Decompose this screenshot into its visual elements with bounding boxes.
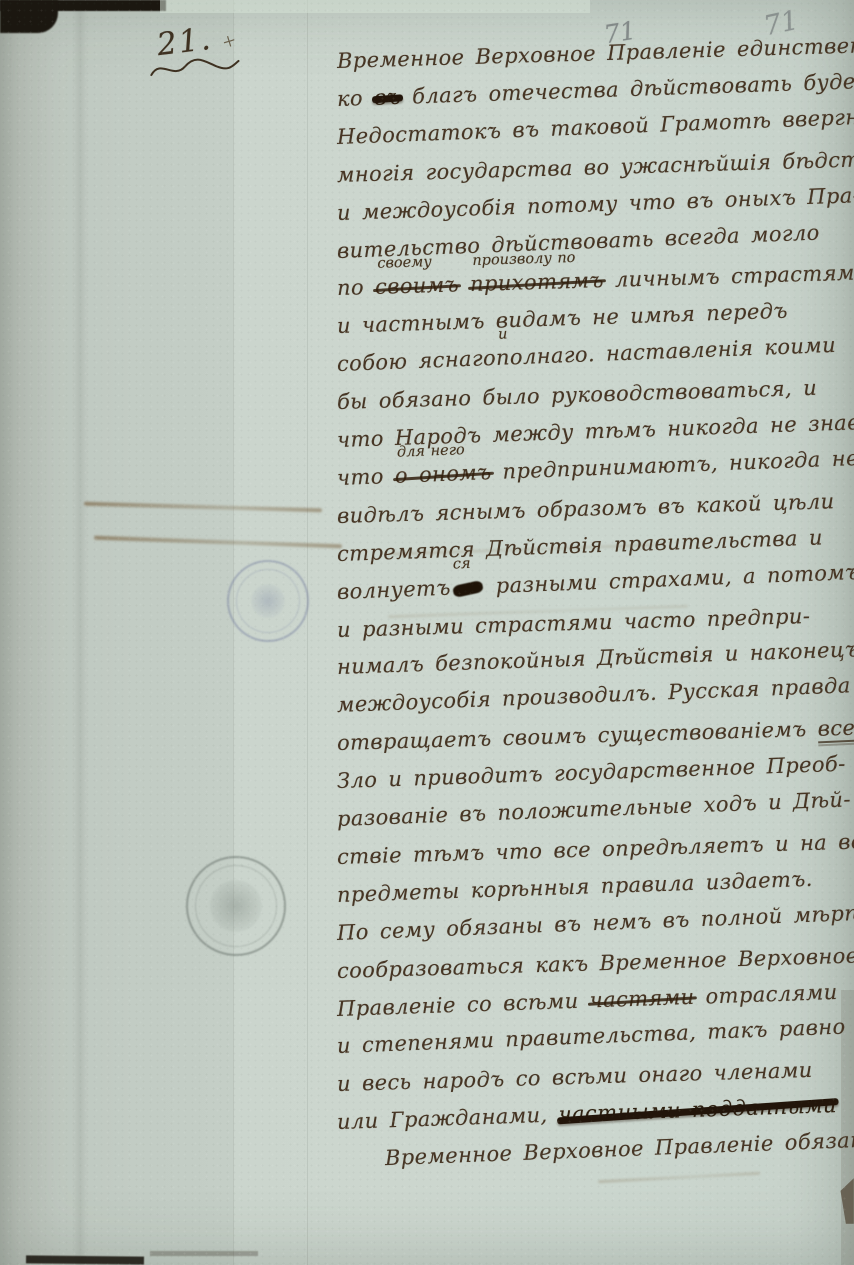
manuscript-page: 21. × 71 71 Временное Верховное Правлені…: [0, 0, 854, 1265]
scan-edge-bottom: [150, 1251, 258, 1256]
manuscript-text-segment: благъ отечества дѣйствовать будетъ.: [401, 68, 854, 109]
interlinear-insertion: своему: [377, 256, 432, 272]
scan-edge-bottom: [26, 1255, 144, 1264]
manuscript-line: что для негоо ономъ предпринимаютъ, нико…: [336, 443, 849, 493]
manuscript-text-segment: своимъ: [375, 270, 460, 302]
vertical-crease: [307, 0, 308, 1265]
manuscript-text-segment: о ономъ: [394, 457, 492, 491]
scan-edge-corner: [0, 0, 58, 33]
corrected-segment: своемусвоимъ: [375, 270, 460, 302]
manuscript-text-segment: Правленіе со всѣми: [337, 988, 590, 1021]
manuscript-text-segment: Временное Верховное Правленіе обязано: [385, 1127, 854, 1170]
manuscript-text-segment: разованіе въ положительные ходъ и Дѣй-: [337, 787, 852, 831]
manuscript-text-segment: отвращаетъ своимъ существованіемъ: [337, 717, 818, 755]
manuscript-text-segment: что: [337, 464, 396, 490]
manuscript-text-segment: отраслями: [694, 979, 838, 1008]
manuscript-text-segment: частными подданными: [558, 1090, 837, 1129]
manuscript-text-segment: сообразоваться какъ Временное Верховное: [337, 943, 854, 982]
ink-smudge: [598, 1172, 760, 1183]
manuscript-text-segment: ствіе тѣмъ что все опредѣляетъ и на всѣ: [337, 829, 854, 869]
manuscript-text-segment: полнаго. наставленія коими: [496, 333, 837, 370]
corrected-segment: и полнаго. наставленія коими: [495, 330, 836, 373]
manuscript-text-segment: личнымъ страстямъ: [603, 261, 854, 293]
manuscript-text-segment: многія государства во ужаснѣйшія бѣдстві…: [337, 146, 854, 187]
manuscript-text-segment: въ: [374, 82, 402, 113]
manuscript-text-segment: видѣлъ яснымъ образомъ въ какой цѣли: [337, 489, 835, 528]
manuscript-text-segment: волнуетъ: [337, 575, 452, 603]
manuscript-text-segment: междоусобія производилъ. Русская правда: [337, 674, 852, 718]
corrected-segment: ся: [450, 571, 485, 602]
vertical-crease: [233, 0, 234, 1265]
manuscript-text-segment: частями: [589, 981, 695, 1015]
manuscript-text-segment: и весь народъ со всѣми онаго членами: [337, 1058, 813, 1096]
corrected-segment: произволу поприхотямъ: [470, 265, 605, 299]
manuscript-text-segment: и частнымъ видамъ не имѣя передъ: [337, 299, 789, 338]
manuscript-text-segment: бы обязано было руководствоваться, и: [337, 376, 818, 414]
manuscript-text-segment: и разными страстями часто предпри-: [337, 603, 811, 641]
interlinear-insertion: ся: [453, 556, 471, 571]
fold-crease: [72, 0, 88, 1265]
manuscript-text-segment: прихотямъ: [470, 265, 605, 299]
corrected-segment: для негоо ономъ: [394, 457, 492, 491]
manuscript-text-segment: Временное Верховное Правленіе единствен: [337, 33, 854, 73]
manuscript-text-segment: предпринимаютъ, никогда не: [491, 446, 854, 484]
manuscript-text-segment: или Гражданами,: [337, 1103, 559, 1135]
interlinear-insertion: для него: [397, 443, 465, 460]
manuscript-text-segment: все сіе: [817, 712, 854, 744]
manuscript-text-segment: по: [337, 275, 376, 300]
manuscript-text-segment: ко: [337, 86, 375, 111]
paper-fold-highlight: [160, 0, 590, 13]
manuscript-text-segment: стремятся Дѣйствія правительства и: [337, 525, 824, 566]
left-margin: [0, 0, 233, 1265]
manuscript-text-segment: разными страхами, а потомъ: [484, 560, 854, 598]
interlinear-insertion: и: [498, 328, 508, 342]
manuscript-text-segment: собою яснаго: [337, 346, 497, 376]
ink-blot: [452, 579, 484, 597]
manuscript-text-segment: предметы корѣнныя правила издаетъ.: [337, 867, 814, 907]
